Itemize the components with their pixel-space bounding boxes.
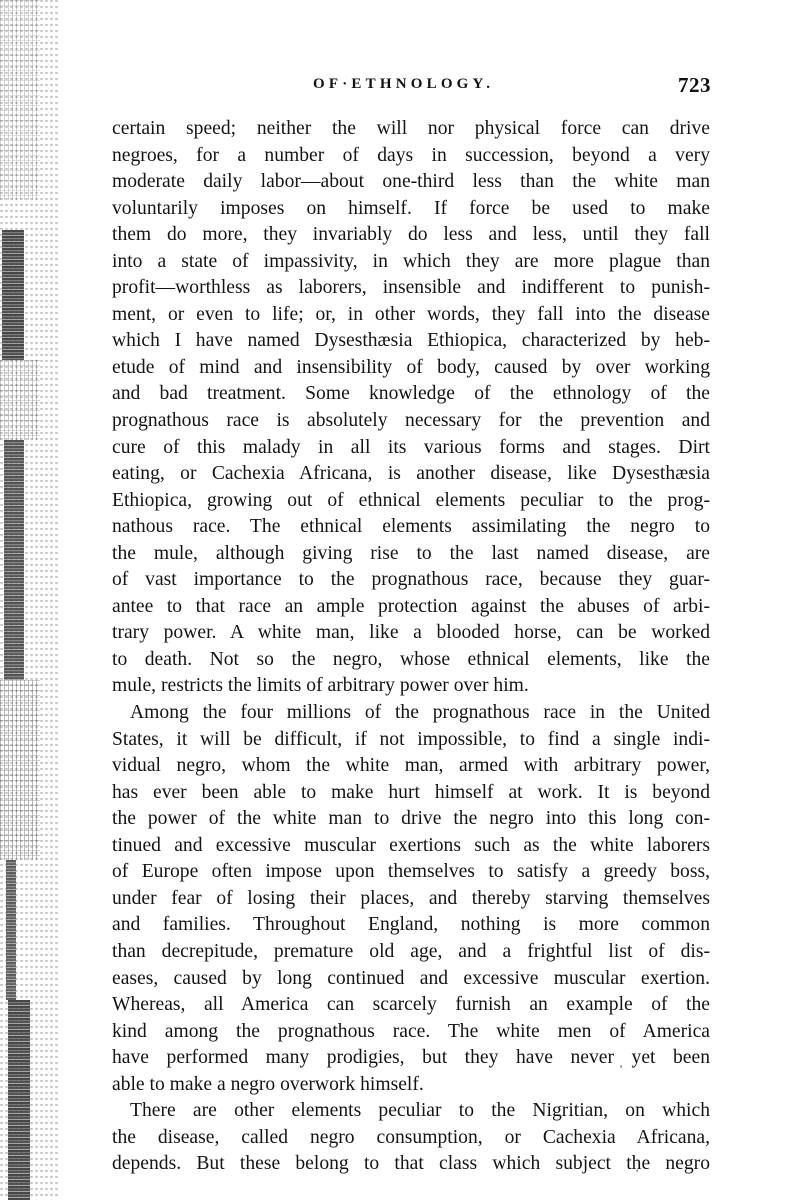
text-line: certain speed; neither the will nor phys… bbox=[112, 116, 710, 143]
text-line: prognathous race is absolutely necessary… bbox=[112, 408, 710, 435]
text-line: under fear of losing their places, and t… bbox=[112, 886, 710, 913]
text-line: depends. But these belong to that class … bbox=[112, 1151, 710, 1178]
text-line: voluntarily imposes on himself. If force… bbox=[112, 196, 710, 223]
text-line: the disease, called negro consumption, o… bbox=[112, 1125, 710, 1152]
text-line: which I have named Dysesthæsia Ethiopica… bbox=[112, 328, 710, 355]
binding-speckle bbox=[0, 360, 40, 440]
text-line: the power of the white man to drive the … bbox=[112, 806, 710, 833]
text-line: Ethiopica, growing out of ethnical eleme… bbox=[112, 488, 710, 515]
text-line: etude of mind and insensibility of body,… bbox=[112, 355, 710, 382]
text-line: to death. Not so the negro, whose ethnic… bbox=[112, 647, 710, 674]
text-line: antee to that race an ample protection a… bbox=[112, 594, 710, 621]
text-line: kind among the prognathous race. The whi… bbox=[112, 1019, 710, 1046]
text-line: Whereas, all America can scarcely furnis… bbox=[112, 992, 710, 1019]
body-text: certain speed; neither the will nor phys… bbox=[112, 116, 710, 1178]
text-line: of Europe often impose upon themselves t… bbox=[112, 859, 710, 886]
text-line: eating, or Cachexia Africana, is another… bbox=[112, 461, 710, 488]
running-head-title: OF·ETHNOLOGY. bbox=[313, 76, 494, 93]
stray-print-mark: ' bbox=[620, 1062, 622, 1077]
binding-speckle bbox=[0, 0, 40, 200]
paragraph: There are other elements peculiar to the… bbox=[112, 1098, 710, 1178]
text-line: eases, caused by long continued and exce… bbox=[112, 966, 710, 993]
text-line: has ever been able to make hurt himself … bbox=[112, 780, 710, 807]
binding-shadow bbox=[8, 1000, 30, 1200]
text-line: ment, or even to life; or, in other word… bbox=[112, 302, 710, 329]
book-page: OF·ETHNOLOGY. 723 certain speed; neither… bbox=[0, 0, 791, 1200]
text-line: into a state of impassivity, in which th… bbox=[112, 249, 710, 276]
scanned-binding-edge bbox=[0, 0, 58, 1200]
text-line: of vast importance to the prognathous ra… bbox=[112, 567, 710, 594]
text-line: moderate daily labor—about one-third les… bbox=[112, 169, 710, 196]
text-line: the mule, although giving rise to the la… bbox=[112, 541, 710, 568]
text-line: and bad treatment. Some knowledge of the… bbox=[112, 381, 710, 408]
text-line: cure of this malady in all its various f… bbox=[112, 435, 710, 462]
text-line: tinued and excessive muscular exertions … bbox=[112, 833, 710, 860]
page-number: 723 bbox=[678, 73, 711, 98]
text-line: them do more, they invariably do less an… bbox=[112, 222, 710, 249]
text-line: vidual negro, whom the white man, armed … bbox=[112, 753, 710, 780]
text-line: and families. Throughout England, nothin… bbox=[112, 912, 710, 939]
text-line: trary power. A white man, like a blooded… bbox=[112, 620, 710, 647]
text-line: than decrepitude, premature old age, and… bbox=[112, 939, 710, 966]
binding-shadow bbox=[6, 860, 16, 1000]
binding-speckle bbox=[0, 680, 40, 860]
paragraph: certain speed; neither the will nor phys… bbox=[112, 116, 710, 700]
binding-shadow bbox=[4, 440, 24, 680]
text-line: States, it will be difficult, if not imp… bbox=[112, 727, 710, 754]
running-head: OF·ETHNOLOGY. 723 bbox=[313, 76, 713, 102]
text-line: mule, restricts the limits of arbitrary … bbox=[112, 673, 710, 700]
text-line: There are other elements peculiar to the… bbox=[112, 1098, 710, 1125]
text-line: profit—worthless as laborers, insensible… bbox=[112, 275, 710, 302]
text-line: nathous race. The ethnical elements assi… bbox=[112, 514, 710, 541]
text-line: negroes, for a number of days in success… bbox=[112, 143, 710, 170]
stray-print-mark: ' bbox=[636, 1166, 638, 1181]
paragraph: Among the four millions of the prognatho… bbox=[112, 700, 710, 1098]
binding-shadow bbox=[2, 230, 24, 360]
text-line: Among the four millions of the prognatho… bbox=[112, 700, 710, 727]
